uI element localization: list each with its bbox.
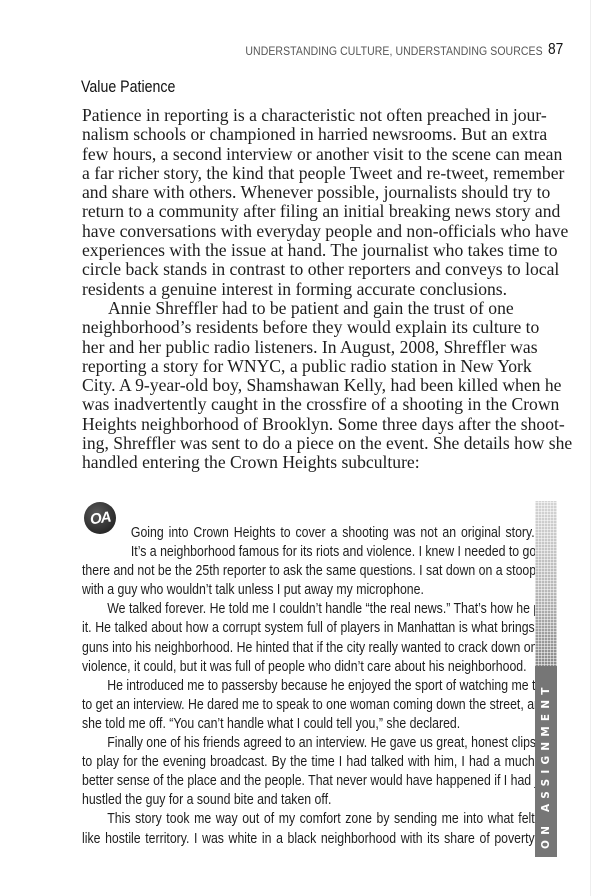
body-line: residents a genuine interest in forming … [82, 280, 457, 299]
running-title: UNDERSTANDING CULTURE, UNDERSTANDING SOU… [246, 44, 543, 58]
body-line: Heights neighborhood of Brooklyn. Some t… [82, 415, 457, 434]
body-text: Patience in reporting is a characteristi… [82, 106, 457, 473]
quote-line: it. He talked about how a corrupt system… [82, 619, 535, 638]
section-heading: Value Patience [81, 78, 175, 97]
quote-line: We talked forever. He told me I couldn’t… [82, 600, 535, 619]
on-assignment-tab: ON ASSIGNMENT [535, 501, 557, 857]
quote-line: like hostile territory. I was white in a… [82, 830, 535, 849]
quote-line: It’s a neighborhood famous for its riots… [82, 543, 535, 562]
page-number: 87 [548, 41, 563, 59]
quote-line: guns into his neighborhood. He hinted th… [82, 639, 535, 658]
body-line: few hours, a second interview or another… [82, 145, 457, 164]
quote-line: Finally one of his friends agreed to an … [82, 734, 535, 753]
body-line: circle back stands in contrast to other … [82, 260, 457, 279]
quote-line: hustled the guy for a sound bite and tak… [82, 791, 535, 810]
quote-line: better sense of the place and the people… [82, 772, 535, 791]
body-line: return to a community after filing an in… [82, 202, 457, 221]
body-line: her and her public radio listeners. In A… [82, 338, 457, 357]
body-line: reporting a story for WNYC, a public rad… [82, 357, 457, 376]
body-line: experiences with the issue at hand. The … [82, 241, 457, 260]
quote-line: to get an interview. He dared me to spea… [82, 696, 535, 715]
body-line: nalism schools or championed in harried … [82, 125, 457, 144]
quote-line: to play for the evening broadcast. By th… [82, 753, 535, 772]
body-line: neighborhood’s residents before they wou… [82, 318, 457, 337]
body-line: Patience in reporting is a characteristi… [82, 106, 457, 125]
body-line: and share with others. Whenever possible… [82, 183, 457, 202]
quote-line: she told me off. “You can’t handle what … [82, 715, 535, 734]
quote-line: violence, it could, but it was full of p… [82, 658, 535, 677]
quote-line: Going into Crown Heights to cover a shoo… [82, 524, 535, 543]
body-line: was inadvertently caught in the crossfir… [82, 395, 457, 414]
quote-line: there and not be the 25th reporter to as… [82, 562, 535, 581]
quote-line: with a guy who wouldn’t talk unless I pu… [82, 581, 535, 600]
body-line: Annie Shreffler had to be patient and ga… [82, 299, 457, 318]
quote-line: This story took me way out of my comfort… [82, 810, 535, 829]
body-line: a far richer story, the kind that people… [82, 164, 457, 183]
on-assignment-quote: Going into Crown Heights to cover a shoo… [82, 524, 535, 849]
quote-line: He introduced me to passersby because he… [82, 677, 535, 696]
tab-label: ON ASSIGNMENT [540, 682, 552, 849]
page-edge [590, 0, 591, 896]
body-line: ing, Shreffler was sent to do a piece on… [82, 434, 457, 453]
body-line: City. A 9-year-old boy, Shamshawan Kelly… [82, 376, 457, 395]
body-line: have conversations with everyday people … [82, 222, 457, 241]
running-header: UNDERSTANDING CULTURE, UNDERSTANDING SOU… [0, 44, 543, 58]
body-line: handled entering the Crown Heights subcu… [82, 453, 457, 472]
